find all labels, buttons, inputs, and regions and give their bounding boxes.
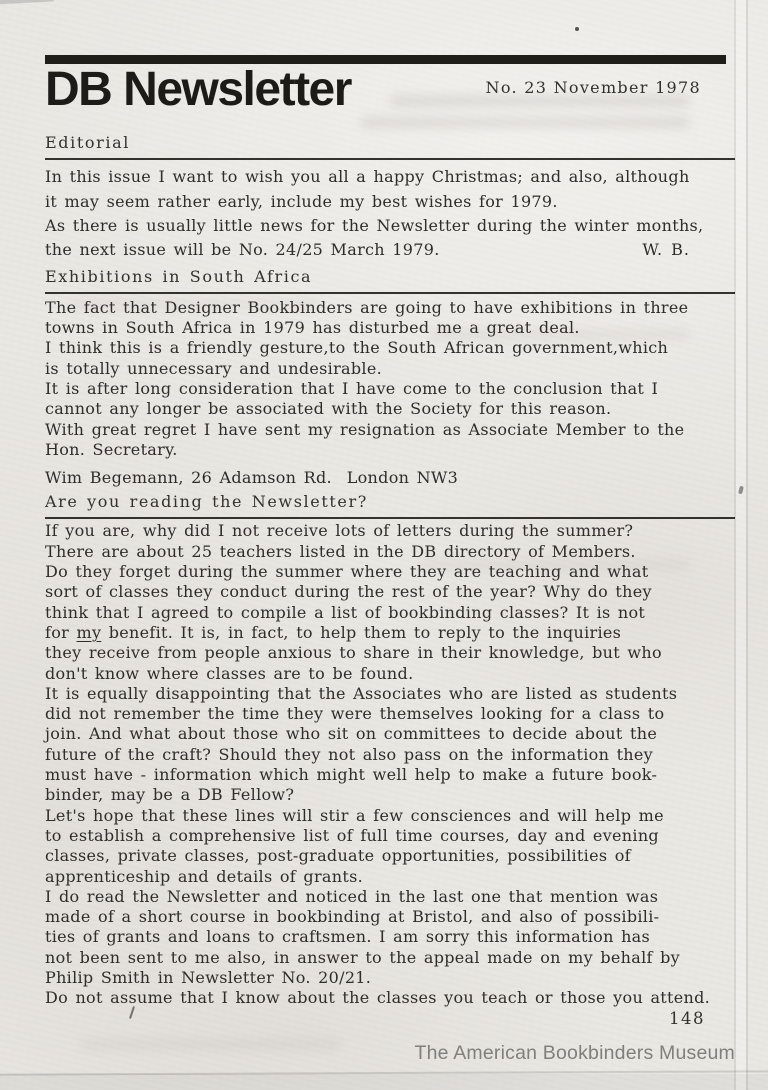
page-content: DB Newsletter No. 23 November 1978 Edito… bbox=[45, 0, 735, 1065]
section-heading-reading: Are you reading the Newsletter? bbox=[45, 492, 735, 519]
page-fold-highlight bbox=[736, 0, 746, 1090]
text-line: future of the craft? Should they not als… bbox=[45, 745, 735, 765]
text-line: It is after long consideration that I ha… bbox=[45, 379, 735, 399]
page-bottom-shadow bbox=[0, 1074, 768, 1090]
issue-date: No. 23 November 1978 bbox=[486, 78, 735, 97]
text-line: to establish a comprehensive list of ful… bbox=[45, 826, 735, 846]
text-line: cannot any longer be associated with the… bbox=[45, 399, 735, 419]
exhibitions-byline: Wim Begemann, 26 Adamson Rd. London NW3 bbox=[45, 468, 735, 488]
text-line: With great regret I have sent my resigna… bbox=[45, 420, 735, 440]
masthead: DB Newsletter No. 23 November 1978 bbox=[45, 68, 735, 111]
text-line: apprenticeship and details of grants. bbox=[45, 867, 735, 887]
text-line: don't know where classes are to be found… bbox=[45, 664, 735, 684]
text-line: Hon. Secretary. bbox=[45, 440, 735, 460]
text-line: There are about 25 teachers listed in th… bbox=[45, 542, 735, 562]
editorial-body: In this issue I want to wish you all a h… bbox=[45, 165, 735, 238]
text-line: think that I agreed to compile a list of… bbox=[45, 603, 735, 623]
exhibitions-body: The fact that Designer Bookbinders are g… bbox=[45, 298, 735, 460]
text-line: did not remember the time they were them… bbox=[45, 704, 735, 724]
text-line: I think this is a friendly gesture,to th… bbox=[45, 338, 735, 358]
text-line: it may seem rather early, include my bes… bbox=[45, 190, 735, 214]
text-line: join. And what about those who sit on co… bbox=[45, 724, 735, 744]
reading-body: If you are, why did I not receive lots o… bbox=[45, 521, 735, 1008]
page-number: 148 bbox=[45, 1009, 735, 1029]
text-line: It is equally disappointing that the Ass… bbox=[45, 684, 735, 704]
section-heading-editorial: Editorial bbox=[45, 133, 735, 160]
text-line: If you are, why did I not receive lots o… bbox=[45, 521, 735, 541]
newsletter-title: DB Newsletter bbox=[45, 68, 351, 111]
text-line: made of a short course in bookbinding at… bbox=[45, 907, 735, 927]
text-line: I do read the Newsletter and noticed in … bbox=[45, 887, 735, 907]
page-fold-line bbox=[746, 0, 748, 1090]
museum-watermark: The American Bookbinders Museum bbox=[45, 1042, 735, 1065]
section-heading-exhibitions: Exhibitions in South Africa bbox=[45, 267, 735, 294]
text-line: In this issue I want to wish you all a h… bbox=[45, 165, 735, 189]
text-line: classes, private classes, post-graduate … bbox=[45, 846, 735, 866]
text-line: is totally unnecessary and undesirable. bbox=[45, 359, 735, 379]
text-line: towns in South Africa in 1979 has distur… bbox=[45, 318, 735, 338]
text-line: Let's hope that these lines will stir a … bbox=[45, 806, 735, 826]
text-line: Do not assume that I know about the clas… bbox=[45, 988, 735, 1008]
text-line: the next issue will be No. 24/25 March 1… bbox=[45, 238, 440, 262]
text-line: Do they forget during the summer where t… bbox=[45, 562, 735, 582]
text-line: Philip Smith in Newsletter No. 20/21. bbox=[45, 968, 735, 988]
text-line: As there is usually little news for the … bbox=[45, 214, 735, 238]
text-line: must have - information which might well… bbox=[45, 765, 735, 785]
text-line: binder, may be a DB Fellow? bbox=[45, 785, 735, 805]
text-line: sort of classes they conduct during the … bbox=[45, 582, 735, 602]
editorial-last-line: the next issue will be No. 24/25 March 1… bbox=[45, 238, 735, 262]
editorial-signature: W. B. bbox=[642, 238, 735, 262]
text-line: The fact that Designer Bookbinders are g… bbox=[45, 298, 735, 318]
page-fold-line bbox=[734, 0, 736, 1090]
text-line: for my benefit. It is, in fact, to help … bbox=[45, 623, 735, 643]
text-line: not been sent to me also, in answer to t… bbox=[45, 948, 735, 968]
text-line: ties of grants and loans to craftsmen. I… bbox=[45, 927, 735, 947]
text-line: they receive from people anxious to shar… bbox=[45, 643, 735, 663]
scanned-newsletter-page: DB Newsletter No. 23 November 1978 Edito… bbox=[0, 0, 768, 1090]
